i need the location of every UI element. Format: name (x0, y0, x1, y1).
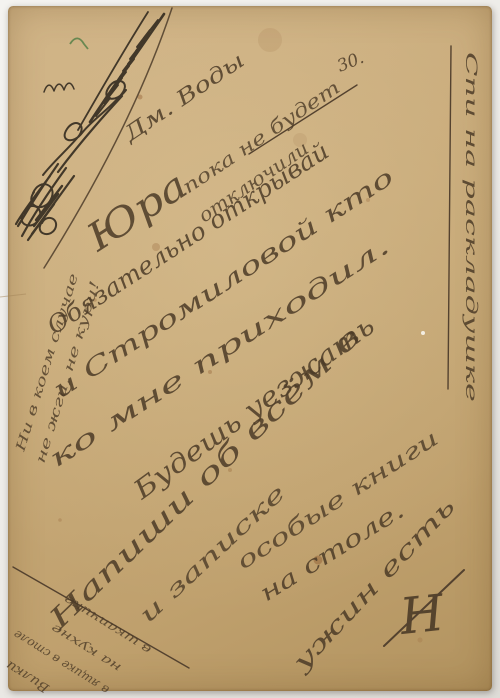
corner-text-block: в шкапчике на кухне в ящике в столе Вилк… (3, 592, 153, 697)
signature-monogram: Н (384, 570, 464, 646)
corner-line-4: Вилки (3, 657, 53, 696)
right-margin-rule (448, 46, 451, 389)
photo-of-handwritten-note: 30. Дм. Воды пока не будет отключили Юра… (0, 0, 500, 698)
right-margin-text: Спи на раскладушке (462, 52, 481, 402)
right-margin-block: Спи на раскладушке (462, 52, 481, 402)
green-number-mark: 30. (334, 48, 367, 77)
handwriting-layer: 30. Дм. Воды пока не будет отключили Юра… (0, 0, 500, 698)
green-tick-mark (70, 38, 88, 49)
